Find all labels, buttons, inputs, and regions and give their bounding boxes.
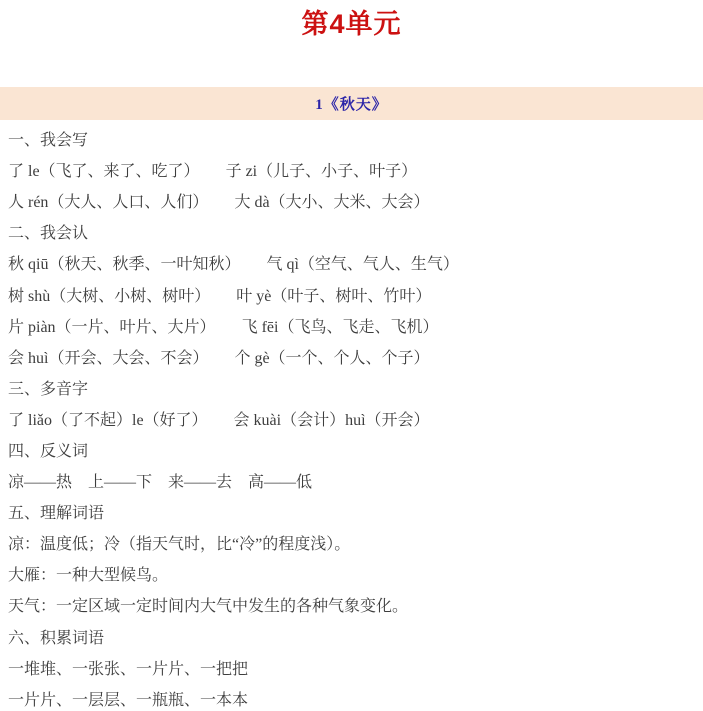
entry-item: 树 shù（大树、小树、树叶） [8, 283, 210, 306]
entry-item: 会 huì（开会、大会、不会） [8, 345, 208, 368]
section-heading-polyphones: 三、多音字 [8, 372, 695, 403]
entry-line: 大雁：一种大型候鸟。 [8, 558, 695, 589]
unit-title: 第4单元 [0, 0, 703, 42]
document-body: 一、我会写 了 le（飞了、来了、吃了） 子 zi（儿子、小子、叶子） 人 ré… [0, 120, 703, 711]
entry-line: 会 huì（开会、大会、不会） 个 gè（一个、个人、个子） [8, 341, 695, 372]
antonym-pair: 凉——热 [8, 469, 72, 492]
lesson-banner: 1《秋天》 [0, 87, 703, 120]
entry-item: 气 qì（空气、气人、生气） [266, 251, 458, 274]
entry-item: 飞 fēi（飞鸟、飞走、飞机） [242, 314, 439, 337]
entry-line: 秋 qiū（秋天、秋季、一叶知秋） 气 qì（空气、气人、生气） [8, 247, 695, 278]
section-heading-antonyms: 四、反义词 [8, 434, 695, 465]
entry-line: 了 le（飞了、来了、吃了） 子 zi（儿子、小子、叶子） [8, 154, 695, 185]
entry-item: 子 zi（儿子、小子、叶子） [226, 158, 418, 181]
definition-item: 天气：一定区域一定时间内大气中发生的各种气象变化。 [8, 593, 408, 616]
entry-item: 人 rén（大人、人口、人们） [8, 189, 208, 212]
entry-item: 了 liǎo（了不起）le（好了） [8, 407, 208, 430]
entry-line: 一堆堆、一张张、一片片、一把把 [8, 652, 695, 683]
entry-item: 秋 qiū（秋天、秋季、一叶知秋） [8, 251, 240, 274]
lesson-banner-title: 1《秋天》 [315, 93, 388, 114]
entry-item: 大 dà（大小、大米、大会） [234, 189, 429, 212]
entry-item: 片 piàn（一片、叶片、大片） [8, 314, 216, 337]
word-list-item: 一片片、一层层、一瓶瓶、一本本 [8, 687, 248, 710]
entry-item: 叶 yè（叶子、树叶、竹叶） [236, 283, 431, 306]
entry-line: 凉——热 上——下 来——去 高——低 [8, 465, 695, 496]
entry-item: 了 le（飞了、来了、吃了） [8, 158, 200, 181]
entry-line: 人 rén（大人、人口、人们） 大 dà（大小、大米、大会） [8, 185, 695, 216]
entry-line: 片 piàn（一片、叶片、大片） 飞 fēi（飞鸟、飞走、飞机） [8, 310, 695, 341]
entry-line: 了 liǎo（了不起）le（好了） 会 kuài（会计）huì（开会） [8, 403, 695, 434]
section-heading-definitions: 五、理解词语 [8, 496, 695, 527]
section-heading-we-can-read: 二、我会认 [8, 216, 695, 247]
antonym-pair: 上——下 [88, 469, 152, 492]
entry-line: 天气：一定区域一定时间内大气中发生的各种气象变化。 [8, 589, 695, 620]
entry-item: 个 gè（一个、个人、个子） [234, 345, 429, 368]
antonym-pair: 来——去 [168, 469, 232, 492]
antonym-pair: 高——低 [248, 469, 312, 492]
section-heading-accumulated-words: 六、积累词语 [8, 621, 695, 652]
definition-item: 大雁：一种大型候鸟。 [8, 562, 168, 585]
entry-line: 一片片、一层层、一瓶瓶、一本本 [8, 683, 695, 711]
entry-line: 树 shù（大树、小树、树叶） 叶 yè（叶子、树叶、竹叶） [8, 278, 695, 309]
section-heading-we-can-write: 一、我会写 [8, 123, 695, 154]
definition-item: 凉：温度低；冷（指天气时，比“冷”的程度浅）。 [8, 531, 350, 554]
entry-item: 会 kuài（会计）huì（开会） [234, 407, 430, 430]
word-list-item: 一堆堆、一张张、一片片、一把把 [8, 656, 248, 679]
entry-line: 凉：温度低；冷（指天气时，比“冷”的程度浅）。 [8, 527, 695, 558]
